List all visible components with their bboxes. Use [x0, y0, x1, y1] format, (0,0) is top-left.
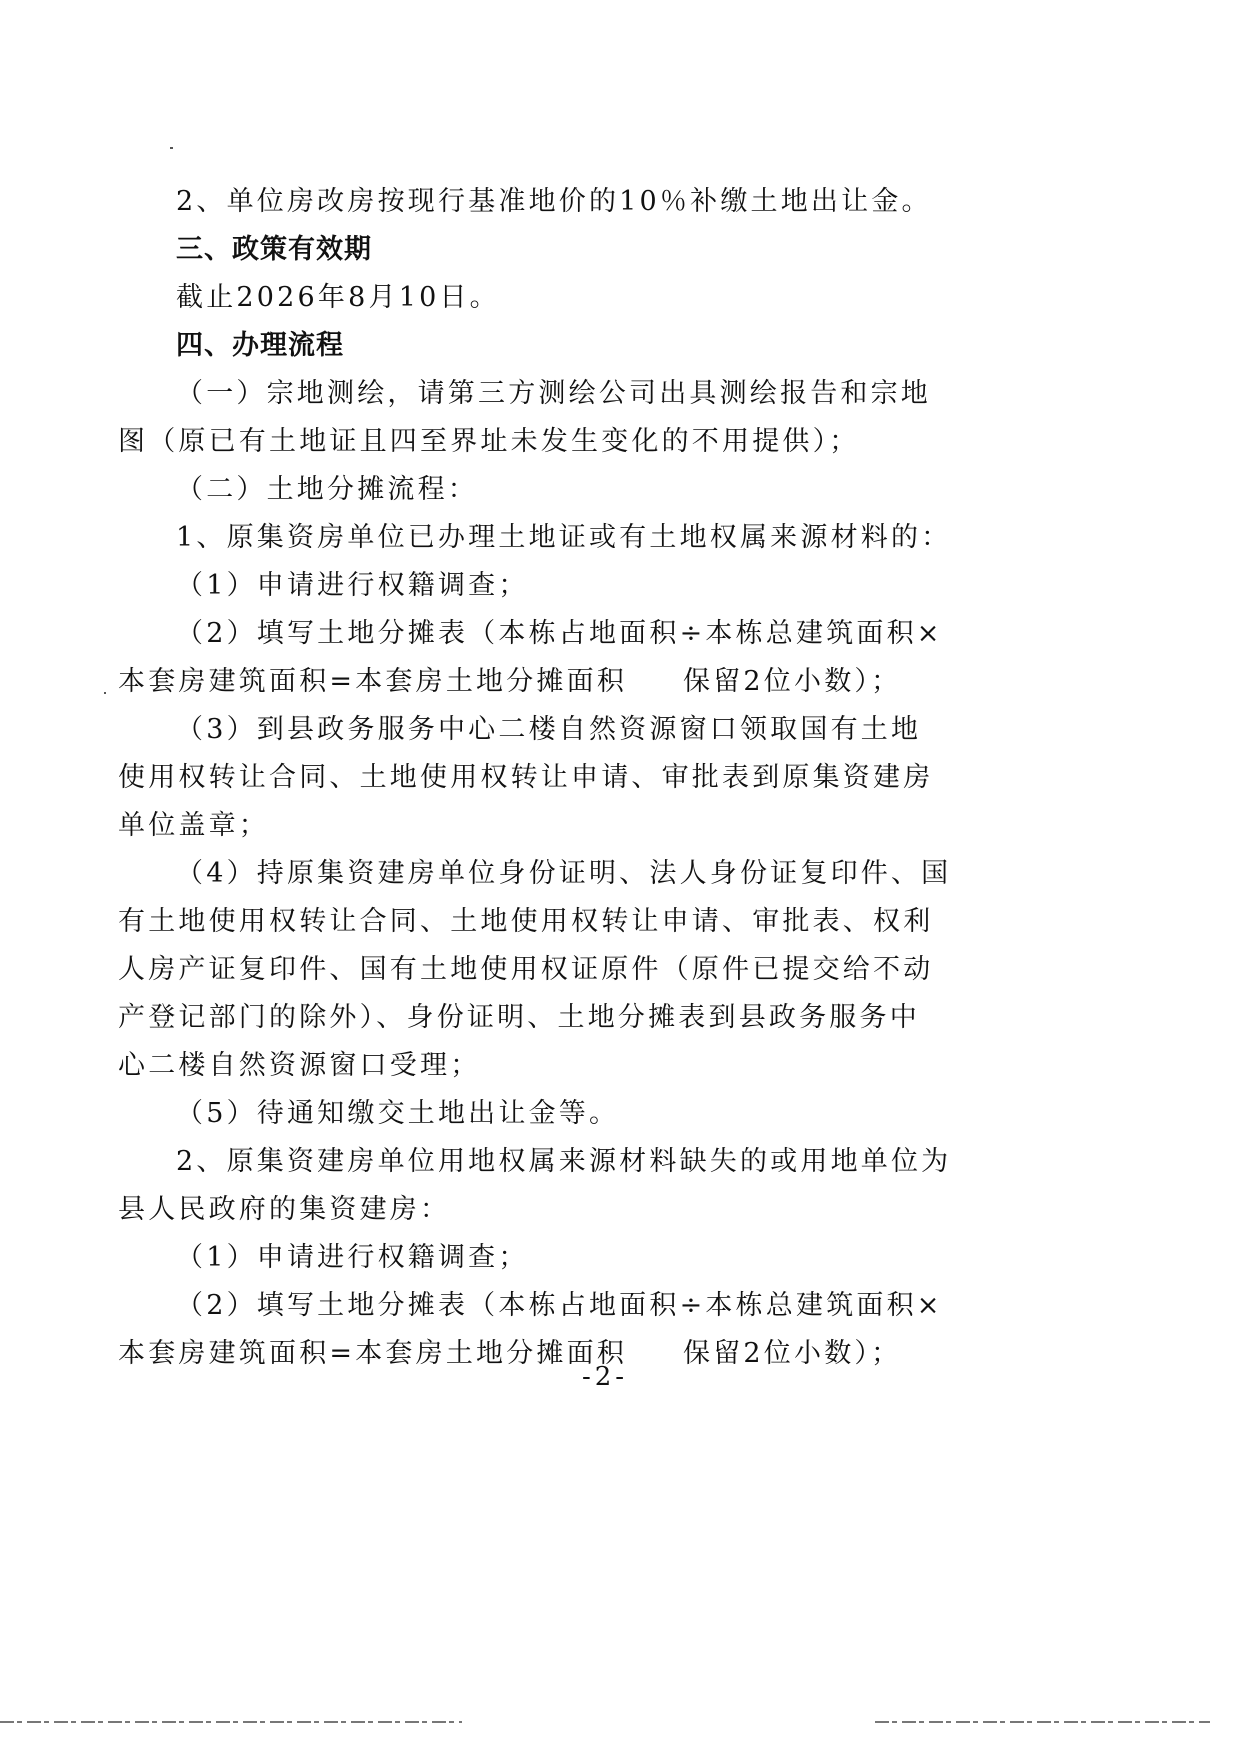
paragraph-validity-date: 截止2026年8月10日。	[118, 274, 908, 322]
scan-speck	[170, 147, 173, 149]
case-1-step-3-line-2: 使用权转让合同、土地使用权转让申请、审批表到原集资建房	[118, 754, 908, 802]
scan-speck	[104, 692, 106, 694]
subheading-allocation-process: （二）土地分摊流程：	[118, 466, 908, 514]
case-1-title: 1、原集资房单位已办理土地证或有土地权属来源材料的：	[118, 514, 908, 562]
case-1-step-4-line-2: 有土地使用权转让合同、土地使用权转让申请、审批表、权利	[118, 898, 908, 946]
page-number: -2-	[0, 1362, 1240, 1392]
rounding-note: 保留2位小数）；	[683, 666, 901, 697]
case-1-step-5: （5）待通知缴交土地出让金等。	[118, 1090, 908, 1138]
section-heading-procedure: 四、办理流程	[118, 322, 908, 370]
paragraph-survey-line-1: （一）宗地测绘，请第三方测绘公司出具测绘报告和宗地	[118, 370, 908, 418]
case-1-step-4-line-5: 心二楼自然资源窗口受理；	[118, 1042, 908, 1090]
section-heading-validity: 三、政策有效期	[118, 226, 908, 274]
case-1-step-4-line-1: （4）持原集资建房单位身份证明、法人身份证复印件、国	[118, 850, 908, 898]
formula-text: 本套房建筑面积=本套房土地分摊面积	[118, 666, 627, 697]
paragraph-fee-rule: 2、单位房改房按现行基准地价的10％补缴土地出让金。	[118, 178, 908, 226]
case-1-step-1: （1）申请进行权籍调查；	[118, 562, 908, 610]
case-1-step-4-line-3: 人房产证复印件、国有土地使用权证原件（原件已提交给不动	[118, 946, 908, 994]
document-body: 2、单位房改房按现行基准地价的10％补缴土地出让金。 三、政策有效期 截止202…	[118, 178, 908, 1378]
case-2-title-line-1: 2、原集资建房单位用地权属来源材料缺失的或用地单位为	[118, 1138, 908, 1186]
case-2-title-line-2: 县人民政府的集资建房：	[118, 1186, 908, 1234]
case-2-step-2-line-1: （2）填写土地分摊表（本栋占地面积÷本栋总建筑面积×	[118, 1282, 908, 1330]
case-1-step-3-line-1: （3）到县政务服务中心二楼自然资源窗口领取国有土地	[118, 706, 908, 754]
case-1-step-4-line-4: 产登记部门的除外）、身份证明、土地分摊表到县政务服务中	[118, 994, 908, 1042]
case-1-step-2-line-1: （2）填写土地分摊表（本栋占地面积÷本栋总建筑面积×	[118, 610, 908, 658]
scan-edge-line-right	[875, 1721, 1210, 1723]
case-2-step-1: （1）申请进行权籍调查；	[118, 1234, 908, 1282]
case-1-step-2-line-2: 本套房建筑面积=本套房土地分摊面积保留2位小数）；	[118, 658, 908, 706]
document-page: 2、单位房改房按现行基准地价的10％补缴土地出让金。 三、政策有效期 截止202…	[0, 0, 1240, 1752]
case-1-step-3-line-3: 单位盖章；	[118, 802, 908, 850]
scan-edge-line-left	[0, 1721, 462, 1723]
paragraph-survey-line-2: 图（原已有土地证且四至界址未发生变化的不用提供）；	[118, 418, 908, 466]
